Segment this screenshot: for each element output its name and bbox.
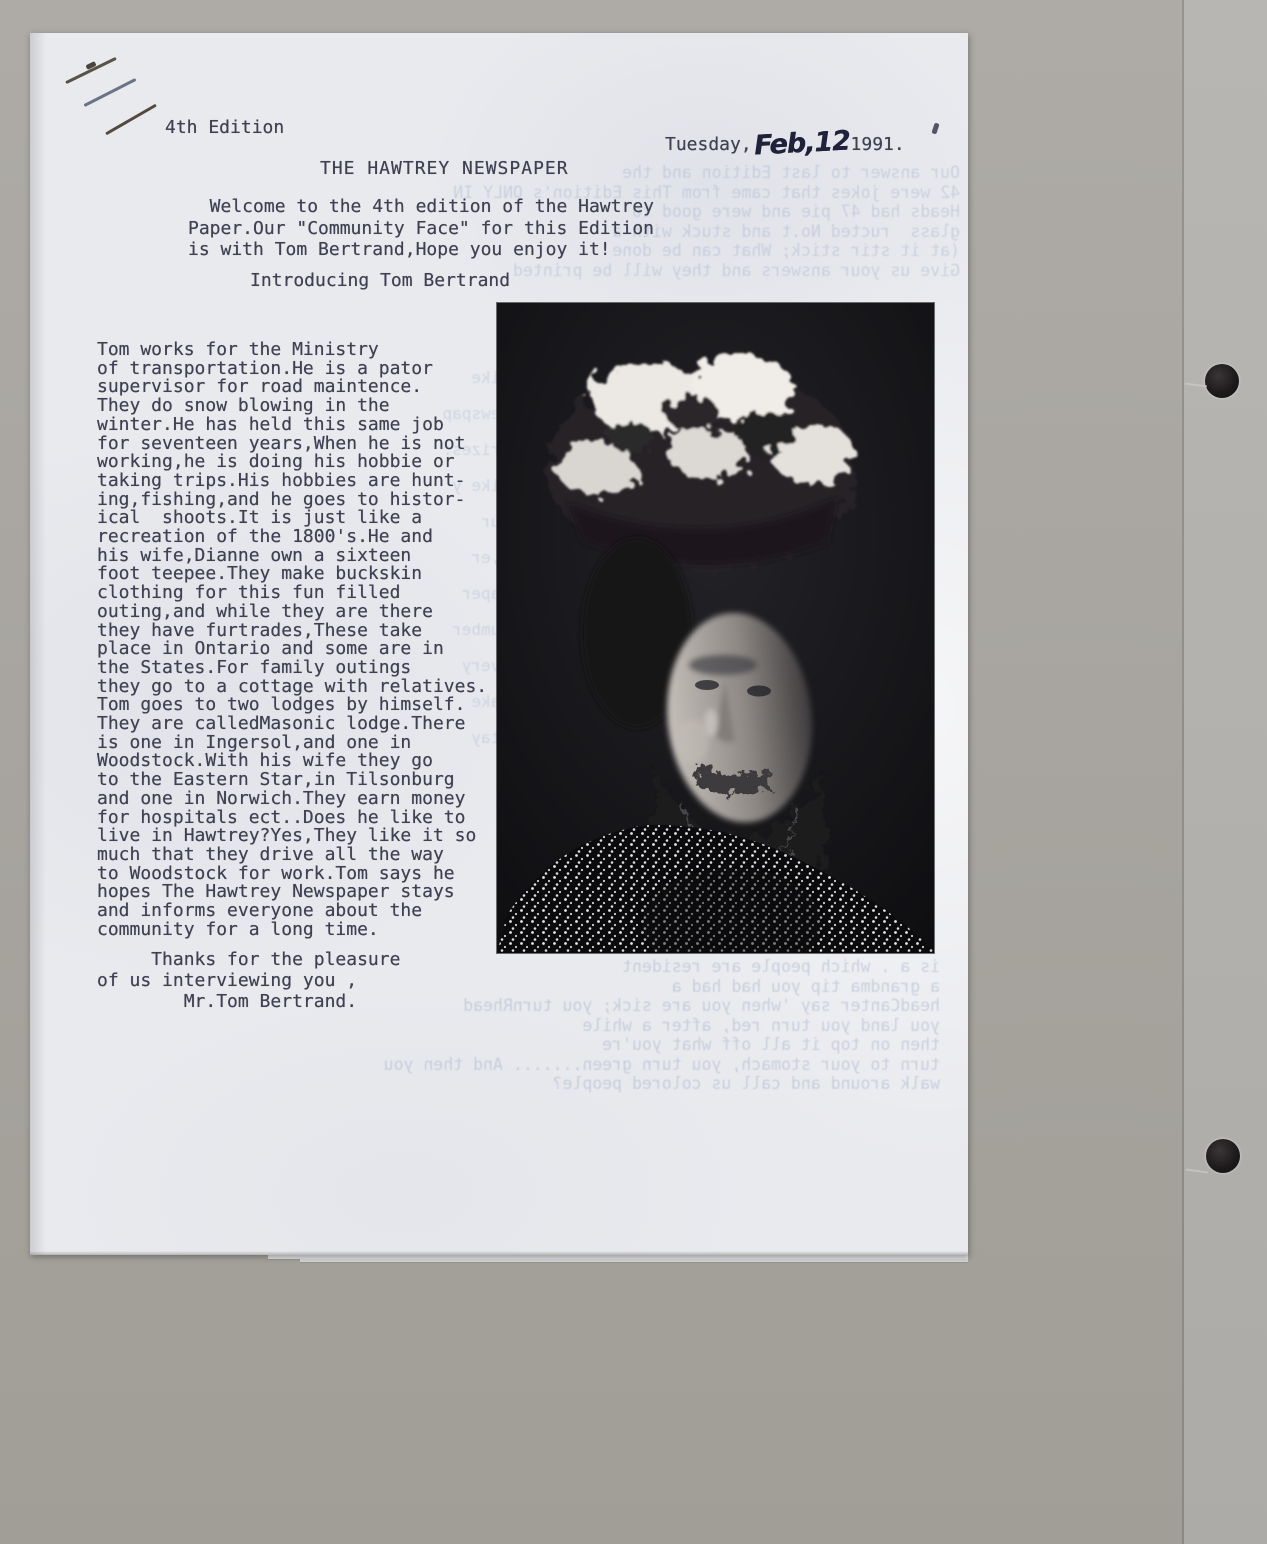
- intro-paragraph: Welcome to the 4th edition of the Hawtre…: [188, 196, 654, 261]
- stacked-sheet-edge-2: [300, 1259, 968, 1263]
- closing-text: Thanks for the pleasure of us interviewi…: [97, 949, 400, 1012]
- newspaper-title: THE HAWTREY NEWSPAPER: [320, 160, 569, 179]
- handwritten-date: Feb,12: [753, 131, 850, 158]
- staple-mark-icon: [65, 57, 117, 84]
- newsletter-page: Our answer to last Edition and the 42 we…: [30, 33, 968, 1255]
- bleed-through-top-right: Our answer to last Edition and the 42 we…: [600, 163, 960, 280]
- portrait-photo-art: [497, 303, 934, 953]
- staple-mark-icon-2: [105, 104, 157, 136]
- stray-ink-mark: [931, 122, 939, 134]
- binder-crease-line: [1182, 0, 1184, 1544]
- hole-punch-top: [1205, 364, 1239, 398]
- edition-label: 4th Edition: [165, 119, 284, 138]
- hole-punch-bottom: [1206, 1139, 1240, 1173]
- subheading: Introducing Tom Bertrand: [250, 272, 510, 291]
- portrait-photo: [497, 303, 934, 953]
- backing-right-panel: [1184, 0, 1267, 1544]
- article-text: Tom works for the Ministry of transporta…: [97, 341, 487, 940]
- date-line: Tuesday,Feb,121991.: [665, 136, 905, 155]
- date-typed-prefix: Tuesday,: [665, 136, 752, 155]
- date-typed-suffix: 1991.: [851, 136, 905, 155]
- pencil-mark-icon: [83, 78, 136, 107]
- scanned-newsletter-scene: Our answer to last Edition and the 42 we…: [0, 0, 1267, 1544]
